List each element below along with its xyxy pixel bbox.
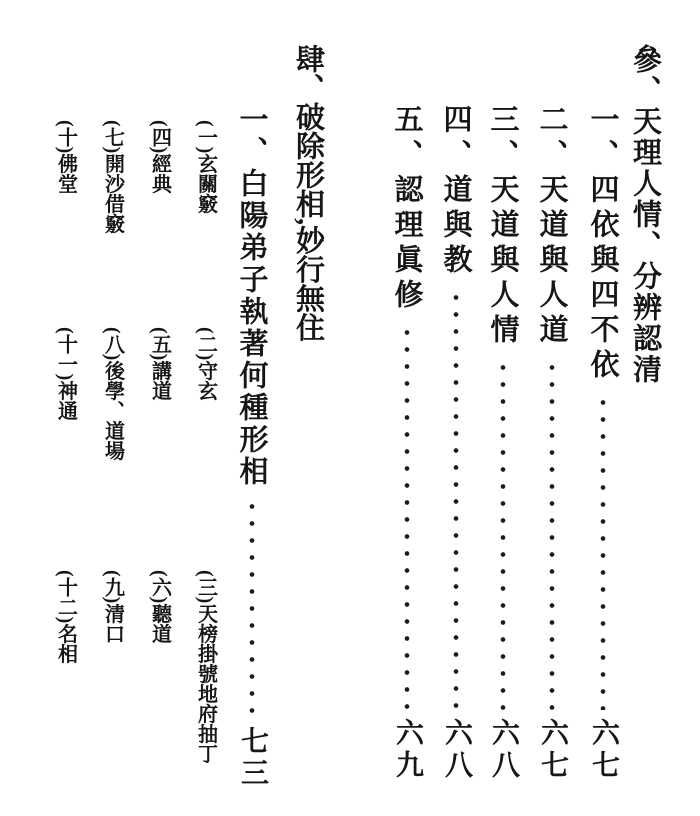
page-number: 六七 <box>532 718 572 782</box>
page-number: 六八 <box>483 718 523 782</box>
dot-leader <box>249 498 255 718</box>
toc-subentry: (二)守玄 <box>192 327 221 400</box>
toc-subentry: (五)講道 <box>146 327 175 400</box>
toc-page: 參、天理人情、分辨認清 一、四依與四不依 六七 二、天道與人道 六七 三、天道與… <box>0 0 700 816</box>
page-number: 六七 <box>583 718 623 782</box>
toc-subentry: (十一)神通 <box>52 327 81 420</box>
dot-leader <box>404 324 410 710</box>
toc-entry: 二、天道與人道 六七 <box>534 104 570 782</box>
sub-entry-column: (十)佛堂 (十一)神通 (十二)名相 <box>50 0 82 816</box>
toc-subentry: (十)佛堂 <box>52 120 81 193</box>
toc-subentry: (六)聽道 <box>146 570 175 643</box>
toc-entry: 四、道與教 六八 <box>438 104 474 782</box>
toc-entry-title: 一、四依與四不依 <box>583 104 624 384</box>
toc-entry: 三、天道與人情 六八 <box>485 104 521 782</box>
toc-subentry: (一)玄關竅 <box>192 120 221 213</box>
section-heading-san: 參、天理人情、分辨認清 <box>625 44 666 385</box>
page-number: 六八 <box>436 718 476 782</box>
dot-leader <box>500 359 506 710</box>
page-number: 七三 <box>232 726 272 790</box>
toc-subentry: (十二)名相 <box>52 570 81 663</box>
sub-entry-column: (一)玄關竅 (二)守玄 (三)天榜掛號地府抽丁 <box>190 0 222 816</box>
toc-entry-title: 三、天道與人情 <box>483 104 524 349</box>
toc-entry: 五、認理眞修 六九 <box>389 104 425 782</box>
toc-entry-title: 五、認理眞修 <box>387 104 428 314</box>
sub-entry-column: (七)開沙借竅 (八)後學、道場 (九)清口 <box>97 0 129 816</box>
dot-leader <box>549 359 555 710</box>
toc-entry: 一、白陽弟子執著何種形相 七三 <box>234 104 270 790</box>
page-number: 六九 <box>387 718 427 782</box>
dot-leader <box>453 289 459 710</box>
toc-entry-title: 四、道與教 <box>436 104 477 279</box>
toc-subentry: (三)天榜掛號地府抽丁 <box>192 570 221 763</box>
toc-entry: 一、四依與四不依 六七 <box>585 104 621 782</box>
toc-subentry: (八)後學、道場 <box>99 327 128 460</box>
toc-entry-title: 二、天道與人道 <box>532 104 573 349</box>
toc-subentry: (四)經典 <box>146 120 175 193</box>
toc-subentry: (九)清口 <box>99 570 128 643</box>
dot-leader <box>600 394 606 710</box>
sub-entry-column: (四)經典 (五)講道 (六)聽道 <box>144 0 176 816</box>
toc-subentry: (七)開沙借竅 <box>99 120 128 233</box>
section-heading-si: 肆、破除形相,妙行無住 <box>288 44 329 341</box>
toc-entry-title: 一、白陽弟子執著何種形相 <box>232 104 273 488</box>
